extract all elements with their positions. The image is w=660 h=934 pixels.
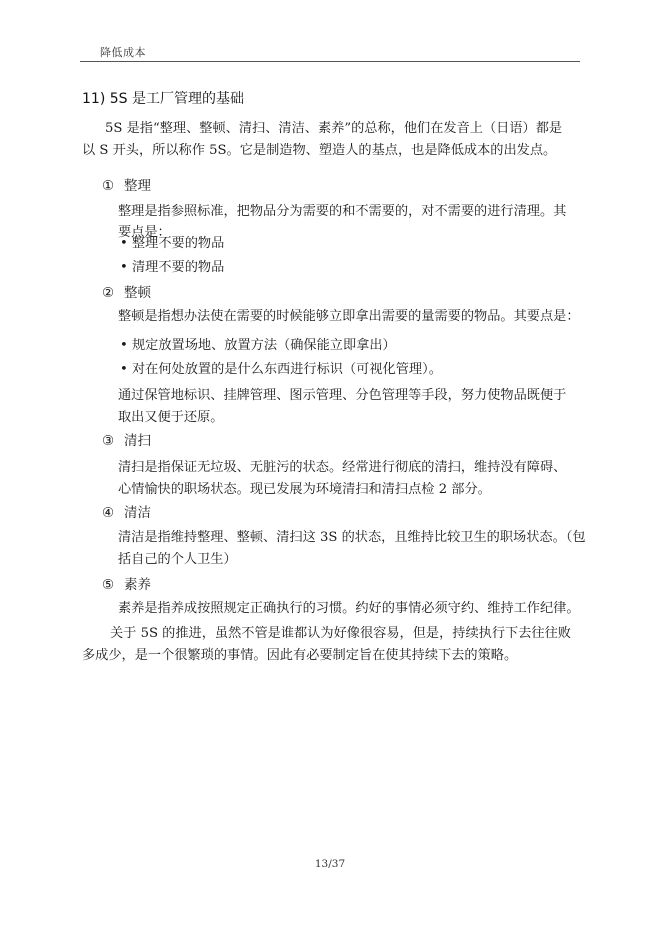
item-text-line: 清洁是指维持整理、整顿、清扫这 3S 的状态，且维持比较卫生的职场状态。（包 [118, 527, 586, 549]
bullet-icon: • [120, 260, 132, 275]
item-text-line: 心情愉快的职场状态。现已发展为环境清扫和清扫点检 2 部分。 [118, 479, 491, 501]
header-title: 降低成本 [100, 44, 146, 60]
circled-number-3: ③ [102, 433, 124, 449]
item-heading-shitsuke: ⑤素养 [102, 573, 151, 593]
item-text-line: 取出又便于还原。 [118, 407, 224, 429]
bullet-icon: • [120, 236, 132, 251]
section-heading: 11) 5S 是工厂管理的基础 [82, 88, 244, 108]
item-text-line: 括自己的个人卫生） [118, 549, 237, 571]
bullet-item: •清理不要的物品 [120, 256, 224, 275]
item-heading-seiso: ③清扫 [102, 429, 151, 449]
item-heading-seiton: ②整顿 [102, 281, 151, 301]
item-title: 清扫 [124, 433, 151, 449]
circled-number-4: ④ [102, 505, 124, 521]
closing-line-1: 关于 5S 的推进，虽然不管是谁都认为好像很容易，但是，持续执行下去往往败 [110, 623, 571, 645]
item-heading-seiketsu: ④清洁 [102, 501, 151, 521]
circled-number-1: ① [102, 178, 124, 194]
bullet-icon: • [120, 338, 132, 353]
bullet-item: •对在何处放置的是什么东西进行标识（可视化管理）。 [120, 358, 442, 377]
item-text-line: 素养是指养成按照规定正确执行的习惯。约好的事情必须守约、维持工作纪律。 [118, 598, 580, 620]
item-text-line: 整顿是指想办法使在需要的时候能够立即拿出需要的量需要的物品。其要点是： [118, 306, 580, 328]
item-title: 清洁 [124, 505, 151, 521]
item-heading-seiri: ①整理 [102, 174, 151, 194]
item-text-line: 通过保管地标识、挂牌管理、图示管理、分色管理等手段，努力使物品既便于 [118, 385, 566, 407]
item-title: 素养 [124, 577, 151, 593]
circled-number-2: ② [102, 285, 124, 301]
item-text-line: 清扫是指保证无垃圾、无脏污的状态。经常进行彻底的清扫，维持没有障碍、 [118, 457, 566, 479]
intro-line-2: 以 S 开头，所以称作 5S。它是制造物、塑造人的基点，也是降低成本的出发点。 [82, 140, 556, 162]
bullet-item: •整理不要的物品 [120, 232, 224, 251]
item-title: 整理 [124, 178, 151, 194]
bullet-icon: • [120, 362, 132, 377]
item-text-line: 整理是指参照标准，把物品分为需要的和不需要的，对不需要的进行清理。其 [118, 201, 566, 223]
intro-line-1: 5S 是指“整理、整顿、清扫、清洁、素养”的总称，他们在发音上（日语）都是 [105, 118, 562, 140]
page-number: 13/37 [0, 858, 660, 870]
closing-line-2: 多成少，是一个很繁琐的事情。因此有必要制定旨在使其持续下去的策略。 [82, 645, 517, 667]
circled-number-5: ⑤ [102, 577, 124, 593]
bullet-item: •规定放置场地、放置方法（确保能立即拿出） [120, 334, 396, 353]
item-title: 整顿 [124, 285, 151, 301]
header-divider [80, 61, 580, 62]
